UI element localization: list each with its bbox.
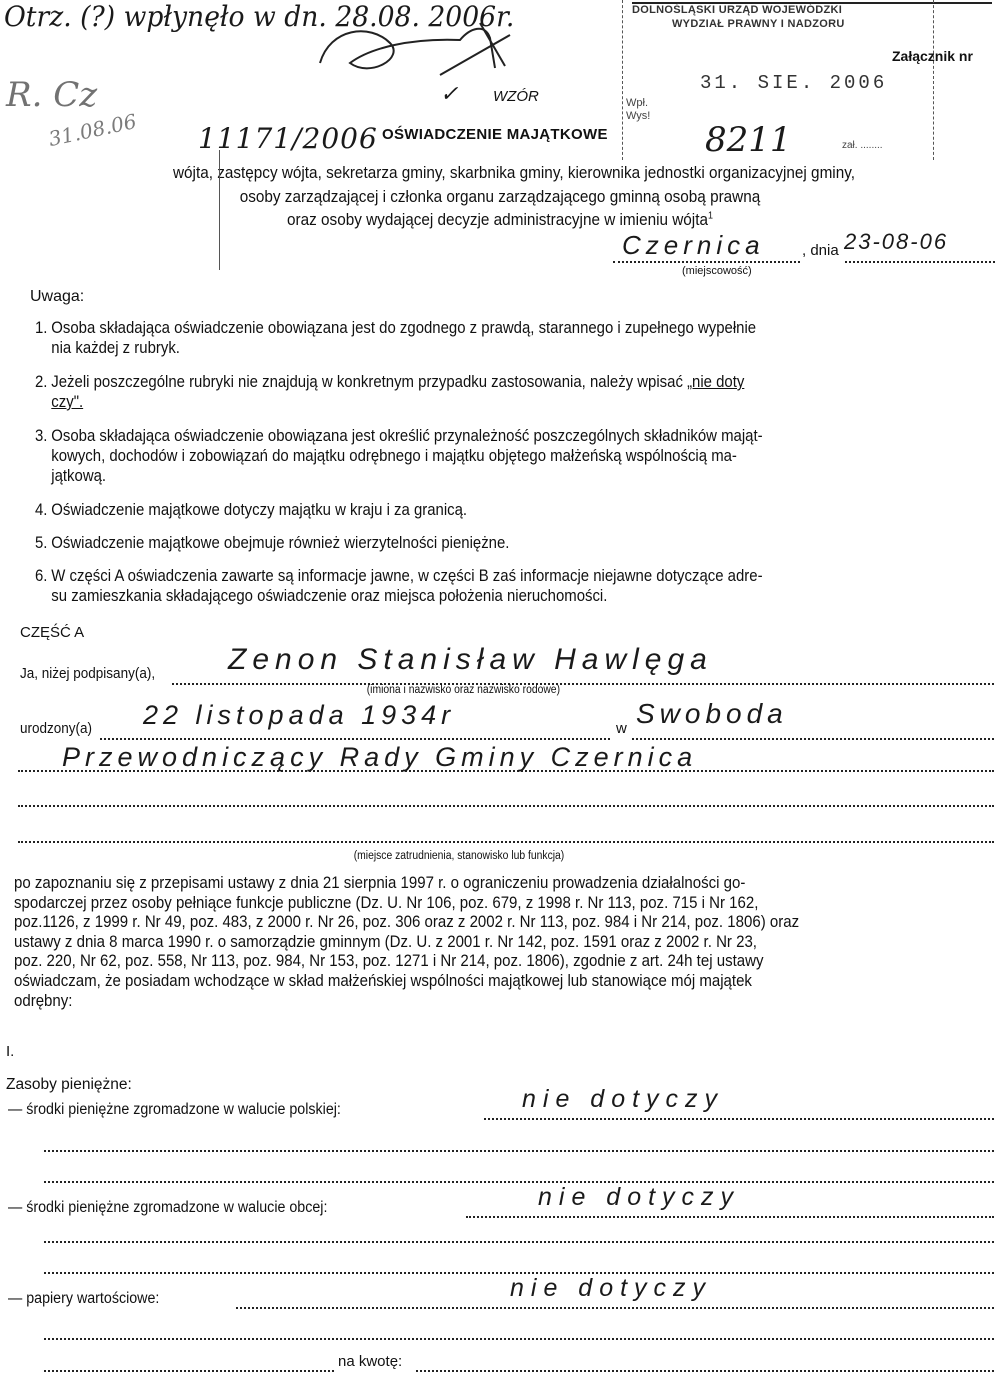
subtitle-line: wójta, zastępcy wójta, sekretarza gminy,…: [64, 163, 964, 183]
birthplace-value: Swoboda: [636, 698, 788, 730]
foreign-funds-label: — środki pieniężne zgromadzone w walucie…: [8, 1199, 327, 1217]
note-text: su zamieszkania składającego oświadczeni…: [35, 587, 607, 605]
job-field-line-3[interactable]: [18, 841, 994, 843]
note-number: 4.: [35, 500, 51, 520]
note-item: 3.Osoba składająca oświadczenie obowiąza…: [35, 426, 1000, 486]
note-item: 4.Oświadczenie majątkowe dotyczy majątku…: [35, 500, 1000, 520]
note-item: 2.Jeżeli poszczególne rubryki nie znajdu…: [35, 372, 1000, 412]
job-field-line-2[interactable]: [18, 805, 994, 807]
note-text: Oświadczenie majątkowe obejmuje również …: [51, 534, 509, 552]
date-value: 23-08-06: [844, 229, 948, 255]
legal-line: odrębny:: [14, 991, 990, 1011]
name-value: Zenon Stanisław Hawlęga: [228, 643, 713, 677]
securities-field-line-2[interactable]: [44, 1338, 994, 1340]
legal-line: oświadczam, że posiadam wchodzące w skła…: [14, 971, 990, 991]
note-text: Osoba składająca oświadczenie obowiązana…: [51, 319, 756, 337]
job-caption: (miejsce zatrudnienia, stanowisko lub fu…: [354, 850, 565, 862]
handwritten-initials: R. Cz: [6, 75, 97, 115]
place-value: Czernica: [622, 230, 765, 261]
page-title: OŚWIADCZENIE MAJĄTKOWE: [382, 126, 608, 143]
legal-line: poz. 220, Nr 62, poz. 558, Nr 113, poz. …: [14, 951, 990, 971]
foreign-funds-field-line-2[interactable]: [44, 1241, 994, 1243]
legal-line: po zapoznaniu się z przepisami ustawy z …: [14, 873, 990, 893]
note-text: kowych, dochodów i zobowiązań do majątku…: [35, 447, 737, 465]
amount-field[interactable]: [416, 1370, 994, 1372]
handwritten-reference-number: 11171/2006: [198, 122, 378, 155]
name-label: Ja, niżej podpisany(a),: [20, 665, 155, 682]
foreign-funds-value: nie dotyczy: [538, 1183, 740, 1212]
birth-date-label: urodzony(a): [20, 720, 92, 737]
stamp-department: WYDZIAŁ PRAWNY I NADZORU: [672, 18, 845, 30]
stamp-wys-label: Wys!: [626, 110, 650, 122]
date-label: , dnia: [802, 242, 839, 259]
note-text: Osoba składająca oświadczenie obowiązana…: [51, 427, 762, 445]
amount-label: na kwotę:: [338, 1353, 402, 1370]
note-text: W części A oświadczenia zawarte są infor…: [51, 567, 762, 585]
note-emphasis: „nie doty: [687, 373, 744, 391]
note-number: 5.: [35, 533, 51, 553]
note-number: 2.: [35, 372, 51, 392]
subtitle-line: osoby zarządzającej i członka organu zar…: [50, 187, 950, 207]
birthplace-field[interactable]: [632, 738, 994, 740]
securities-label: — papiery wartościowe:: [8, 1290, 159, 1308]
pln-funds-field[interactable]: [484, 1118, 994, 1120]
pln-funds-label: — środki pieniężne zgromadzone w walucie…: [8, 1101, 341, 1119]
pln-funds-field-line-2[interactable]: [44, 1150, 994, 1152]
name-field[interactable]: [172, 683, 994, 685]
note-text: nia każdej z rubryk.: [35, 339, 180, 357]
birth-date-field[interactable]: [100, 738, 610, 740]
note-number: 3.: [35, 426, 51, 446]
attachment-label: Załącznik nr: [892, 48, 973, 64]
foreign-funds-field[interactable]: [466, 1216, 994, 1218]
section-number: I.: [6, 1043, 14, 1060]
stamp-registration-number: 8211: [705, 120, 792, 160]
place-caption: (miejscowość): [682, 265, 752, 277]
stamp-attachments: zał. ........: [842, 140, 883, 151]
securities-field-line-3[interactable]: [44, 1370, 334, 1372]
template-label: WZÓR: [493, 88, 539, 105]
check-stroke-icon: [435, 30, 515, 80]
notes-heading: Uwaga:: [30, 288, 84, 306]
handwritten-check-mark: ✓: [440, 82, 458, 107]
note-number: 6.: [35, 566, 51, 586]
name-caption: (imiona i nazwisko oraz nazwisko rodowe): [367, 684, 560, 696]
legal-line: spodarczej przez osoby pełniące funkcje …: [14, 893, 990, 913]
note-item: 6.W części A oświadczenia zawarte są inf…: [35, 566, 1000, 606]
part-a-heading: CZĘŚĆ A: [20, 624, 84, 641]
pln-funds-field-line-3[interactable]: [44, 1181, 994, 1183]
pln-funds-value: nie dotyczy: [522, 1085, 724, 1114]
securities-field[interactable]: [236, 1307, 994, 1309]
birthplace-label: w: [616, 720, 627, 737]
stamp-date: 31. SIE. 2006: [700, 72, 887, 94]
scan-margin-mark: [219, 150, 220, 270]
securities-value: nie dotyczy: [510, 1274, 712, 1303]
note-emphasis: czy".: [35, 393, 83, 411]
note-number: 1.: [35, 318, 51, 338]
birth-date-value: 22 listopada 1934r: [143, 700, 455, 731]
legal-declaration: po zapoznaniu się z przepisami ustawy z …: [14, 873, 990, 1010]
legal-line: ustawy z dnia 8 marca 1990 r. o samorząd…: [14, 932, 990, 952]
handwritten-margin-date: 31.08.06: [46, 109, 138, 151]
subtitle-line: oraz osoby wydającej decyzje administrac…: [50, 210, 950, 230]
stamp-office-name: DOLNOŚLĄSKI URZĄD WOJEWÓDZKI: [632, 4, 842, 16]
legal-line: poz.1126, z 1999 r. Nr 49, poz. 483, z 2…: [14, 912, 990, 932]
note-text: Oświadczenie majątkowe dotyczy majątku w…: [51, 501, 467, 519]
footnote-mark: 1: [708, 210, 713, 221]
note-text: jątkową.: [35, 467, 106, 485]
note-item: 5.Oświadczenie majątkowe obejmuje równie…: [35, 533, 1000, 553]
job-value: Przewodniczący Rady Gminy Czernica: [62, 742, 697, 773]
note-item: 1.Osoba składająca oświadczenie obowiąza…: [35, 318, 1000, 358]
section-heading: Zasoby pieniężne:: [6, 1076, 132, 1094]
note-text: Jeżeli poszczególne rubryki nie znajdują…: [51, 373, 687, 391]
stamp-wpl-label: Wpł.: [626, 97, 648, 109]
subtitle-text: oraz osoby wydającej decyzje administrac…: [287, 210, 708, 229]
